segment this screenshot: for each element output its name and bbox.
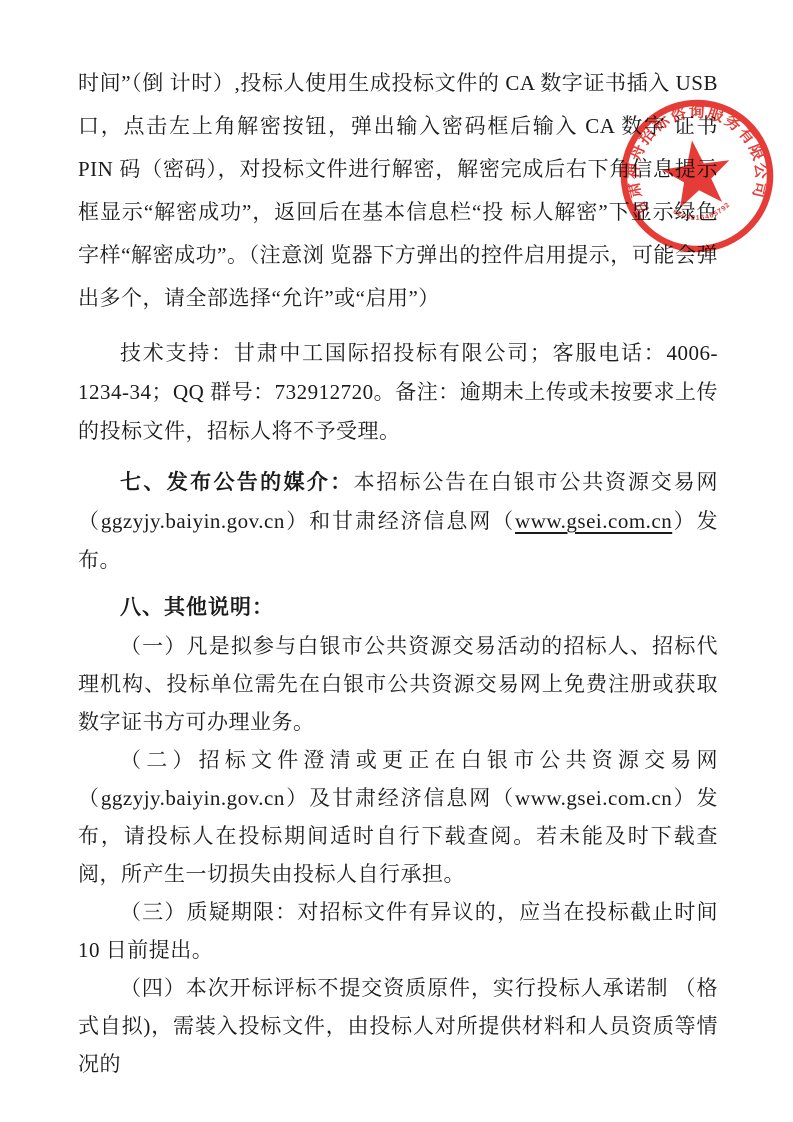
paragraph-section7: 七、发布公告的媒介：本招标公告在白银市公共资源交易网（ggzyjy.baiyin… (78, 463, 718, 580)
section8-item4: （四）本次开标评标不提交资质原件，实行投标人承诺制 （格式自拟)，需装入投标文件… (78, 969, 718, 1083)
section8-item3: （三）质疑期限：对招标文件有异议的，应当在投标截止时间 10 日前提出。 (78, 893, 718, 969)
document-page: 时间”（倒 计时）,投标人使用生成投标文件的 CA 数字证书插入 USB 口，点… (0, 0, 793, 1122)
paragraph-section8-heading: 八、其他说明： (78, 588, 718, 627)
gsei-website-link[interactable]: www.gsei.com.cn (515, 509, 672, 533)
section8-item2: （二）招标文件澄清或更正在白银市公共资源交易网（ggzyjy.baiyin.go… (78, 741, 718, 893)
section8-heading: 八、其他说明： (120, 596, 274, 619)
paragraph-decrypt-instructions: 时间”（倒 计时）,投标人使用生成投标文件的 CA 数字证书插入 USB 口，点… (78, 62, 718, 320)
document-body: 时间”（倒 计时）,投标人使用生成投标文件的 CA 数字证书插入 USB 口，点… (78, 62, 718, 1083)
section7-heading: 七、发布公告的媒介： (120, 471, 354, 494)
paragraph-tech-support: 技术支持：甘肃中工国际招投标有限公司；客服电话：4006-1234-34；QQ … (78, 334, 718, 451)
section8-item1: （一）凡是拟参与白银市公共资源交易活动的招标人、招标代理机构、投标单位需先在白银… (78, 627, 718, 741)
